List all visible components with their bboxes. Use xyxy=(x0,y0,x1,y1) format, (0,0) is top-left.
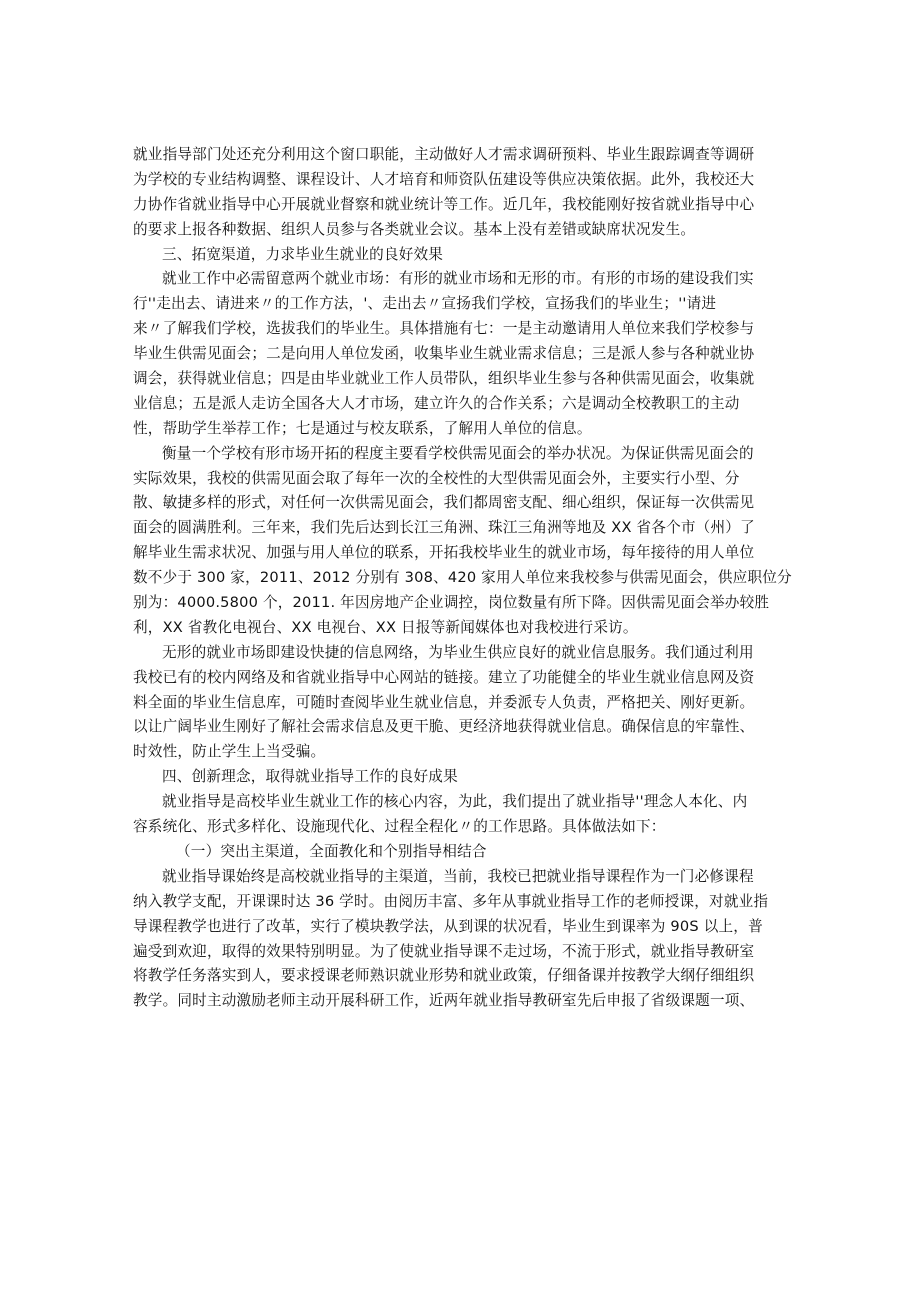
text-line: 将教学任务落实到人，要求授课老师熟识就业形势和就业政策，仔细备课并按教学大纲仔细… xyxy=(133,964,793,989)
text-line: 毕业生供需见面会；二是向用人单位发函，收集毕业生就业需求信息；三是派人参与各种就… xyxy=(133,342,793,367)
text-line: 就业指导课始终是高校就业指导的主渠道，当前，我校已把就业指导课程作为一门必修课程 xyxy=(133,865,793,890)
paragraph-info-network: 无形的就业市场即建设快捷的信息网络，为毕业生供应良好的就业信息服务。我们通过利用… xyxy=(133,641,793,765)
text-line: 无形的就业市场即建设快捷的信息网络，为毕业生供应良好的就业信息服务。我们通过利用 xyxy=(133,641,793,666)
section-heading-3: 三、拓宽渠道，力求毕业生就业的良好效果 xyxy=(133,243,793,268)
text-line: 衡量一个学校有形市场开拓的程度主要看学校供需见面会的举办状况。为保证供需见面会的 xyxy=(133,442,793,467)
text-line: 以让广阔毕业生刚好了解社会需求信息及更干脆、更经济地获得就业信息。确保信息的牢靠… xyxy=(133,715,793,740)
heading-text: 三、拓宽渠道，力求毕业生就业的良好效果 xyxy=(133,243,793,268)
text-line: 利，XX 省教化电视台、XX 电视台、XX 日报等新闻媒体也对我校进行采访。 xyxy=(133,616,793,641)
subheading-text: （一）突出主渠道，全面教化和个别指导相结合 xyxy=(133,840,793,865)
paragraph-guidance-course: 就业指导课始终是高校就业指导的主渠道，当前，我校已把就业指导课程作为一门必修课程… xyxy=(133,865,793,1014)
text-line: 解毕业生需求状况、加强与用人单位的联系，开拓我校毕业生的就业市场，每年接待的用人… xyxy=(133,541,793,566)
text-line: 性，帮助学生举荐工作；七是通过与校友联系，了解用人单位的信息。 xyxy=(133,417,793,442)
text-line: 时效性，防止学生上当受骗。 xyxy=(133,740,793,765)
text-line: 就业工作中必需留意两个就业市场：有形的就业市场和无形的市。有形的市场的建设我们实 xyxy=(133,267,793,292)
text-line: 实际效果，我校的供需见面会取了每年一次的全校性的大型供需见面会外，主要实行小型、… xyxy=(133,467,793,492)
text-line: 业信息；五是派人走访全国各大人才市场，建立许久的合作关系；六是调动全校教职工的主… xyxy=(133,392,793,417)
text-line: 纳入教学支配，开课课时达 36 学时。由阅历丰富、多年从事就业指导工作的老师授课… xyxy=(133,890,793,915)
paragraph-job-fairs: 衡量一个学校有形市场开拓的程度主要看学校供需见面会的举办状况。为保证供需见面会的… xyxy=(133,442,793,641)
text-line: 就业指导部门处还充分利用这个窗口职能，主动做好人才需求调研预料、毕业生跟踪调查等… xyxy=(133,143,793,168)
text-line: 我校已有的校内网络及和省就业指导中心网站的链接。建立了功能健全的毕业生就业信息网… xyxy=(133,666,793,691)
text-line: 散、敏捷多样的形式，对任何一次供需见面会，我们都周密支配、细心组织，保证每一次供… xyxy=(133,491,793,516)
text-line: 力协作省就业指导中心开展就业督察和就业统计等工作。近几年，我校能刚好按省就业指导… xyxy=(133,193,793,218)
paragraph-guidance-philosophy: 就业指导是高校毕业生就业工作的核心内容，为此，我们提出了就业指导''理念人本化、… xyxy=(133,790,793,840)
text-line: 别为：4000.5800 个，2011. 年因房地产企业调控，岗位数量有所下降。… xyxy=(133,591,793,616)
text-line: 教学。同时主动激励老师主动开展科研工作，近两年就业指导教研室先后申报了省级课题一… xyxy=(133,989,793,1014)
text-line: 导课程教学也进行了改革，实行了模块教学法，从到课的状况看，毕业生到课率为 90S… xyxy=(133,915,793,940)
text-line: 就业指导是高校毕业生就业工作的核心内容，为此，我们提出了就业指导''理念人本化、… xyxy=(133,790,793,815)
text-line: 面会的圆满胜利。三年来，我们先后达到长江三角洲、珠江三角洲等地及 XX 省各个市… xyxy=(133,516,793,541)
document-page: 就业指导部门处还充分利用这个窗口职能，主动做好人才需求调研预料、毕业生跟踪调查等… xyxy=(133,143,793,1014)
paragraph-job-markets: 就业工作中必需留意两个就业市场：有形的就业市场和无形的市。有形的市场的建设我们实… xyxy=(133,267,793,441)
text-line: 为学校的专业结构调整、课程设计、人才培育和师资队伍建设等供应决策依据。此外，我校… xyxy=(133,168,793,193)
paragraph-continuation: 就业指导部门处还充分利用这个窗口职能，主动做好人才需求调研预料、毕业生跟踪调查等… xyxy=(133,143,793,243)
section-heading-4: 四、创新理念，取得就业指导工作的良好成果 xyxy=(133,765,793,790)
heading-text: 四、创新理念，取得就业指导工作的良好成果 xyxy=(133,765,793,790)
text-line: 行''走出去、请进来〃的工作方法，'、走出去〃宣扬我们学校，宣扬我们的毕业生；'… xyxy=(133,292,793,317)
text-line: 的要求上报各种数据、组织人员参与各类就业会议。基本上没有差错或缺席状况发生。 xyxy=(133,218,793,243)
text-line: 数不少于 300 家，2011、2012 分别有 308、420 家用人单位来我… xyxy=(133,566,793,591)
text-line: 来〃了解我们学校，选拔我们的毕业生。具体措施有七：一是主动邀请用人单位来我们学校… xyxy=(133,317,793,342)
subsection-heading-1: （一）突出主渠道，全面教化和个别指导相结合 xyxy=(133,840,793,865)
text-line: 遍受到欢迎，取得的效果特别明显。为了使就业指导课不走过场，不流于形式，就业指导教… xyxy=(133,940,793,965)
text-line: 调会，获得就业信息；四是由毕业就业工作人员带队，组织毕业生参与各种供需见面会，收… xyxy=(133,367,793,392)
text-line: 料全面的毕业生信息库，可随时查阅毕业生就业信息，并委派专人负责，严格把关、刚好更… xyxy=(133,691,793,716)
text-line: 容系统化、形式多样化、设施现代化、过程全程化〃的工作思路。具体做法如下： xyxy=(133,815,793,840)
